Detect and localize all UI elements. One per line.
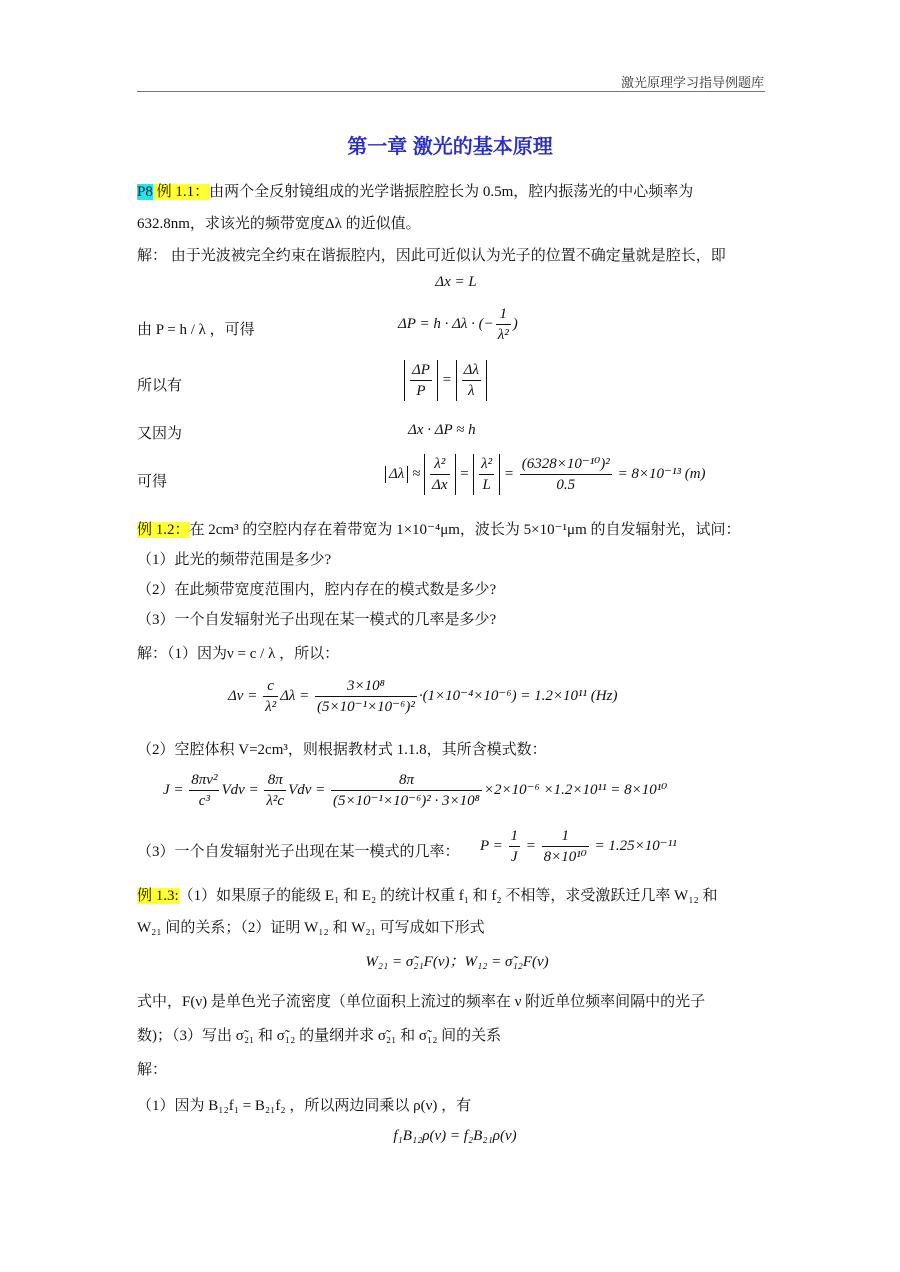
step-label: 由 P = h / λ ，可得 [137,318,255,339]
equation-modes: J = 8πν²c³Vdν = 8πλ²cVdν = 8π(5×10⁻¹×10⁻… [163,770,667,811]
equation-dlambda-result: Δλ ≈ λ²Δx = λ²L = (6328×10⁻¹⁰)²0.5 = 8×1… [385,454,706,495]
example-1-3-line3: 式中，F(ν) 是单色光子流密度（单位面积上流过的频率在 ν 附近单位频率间隔中… [137,990,705,1011]
example-1-3-line2: W₂₁ 间的关系；（2）证明 W₁₂ 和 W₂₁ 可写成如下形式 [137,916,485,937]
example-1-3-line4: 数)；（3）写出 σ̃₂₁ 和 σ̃₁₂ 的量纲并求 σ̃₂₁ 和 σ̃₁₂ 间… [137,1024,501,1045]
solution-1: （1）因为 B₁₂f₁ = B₂₁f₂ ，所以两边同乘以 ρ(ν) ，有 [137,1094,471,1115]
step-label: 可得 [137,470,167,491]
page-tag: P8 [137,184,153,200]
equation-uncertainty: Δx · ΔP ≈ h [408,422,476,439]
equation-probability: P = 1J = 18×10¹⁰ = 1.25×10⁻¹¹ [480,826,677,867]
example-tag: 例 1.1： [153,184,209,200]
example-1-3-line1: 例 1.3:（1）如果原子的能级 E₁ 和 E₂ 的统计权重 f₁ 和 f₂ 不… [137,884,718,905]
equation-dnu: Δν = cλ²Δλ = 3×10⁸(5×10⁻¹×10⁻⁶)²·(1×10⁻⁴… [228,676,617,717]
question-1: （1）此光的频带范围是多少? [137,548,331,569]
example-1-1-line2: 632.8nm，求该光的频带宽度Δλ 的近似值。 [137,212,421,233]
example-tag: 例 1.2： [137,522,190,538]
example-tag: 例 1.3: [137,888,179,904]
chapter-title: 第一章 激光的基本原理 [0,130,900,159]
solution-label: 解： [137,1058,167,1079]
equation-dp: ΔP = h · Δλ · (−1λ²) [398,304,518,345]
question-2: （2）在此频带宽度范围内，腔内存在的模式数是多少? [137,578,496,599]
solution-3-label: （3）一个自发辐射光子出现在某一模式的几率： [137,840,460,861]
question-3: （3）一个自发辐射光子出现在某一模式的几率是多少? [137,608,496,629]
example-1-2-statement: 例 1.2：在 2cm³ 的空腔内存在着带宽为 1×10⁻⁴μm，波长为 5×1… [137,518,741,539]
example-1-1-line1: P8 例 1.1：由两个全反射镜组成的光学谐振腔腔长为 0.5m，腔内振荡光的中… [137,180,693,201]
step-label: 所以有 [137,374,182,395]
equation-ratio: ΔPP = Δλλ [404,360,487,401]
step-label: 又因为 [137,422,182,443]
solution-1-label: 解：（1）因为ν = c / λ ，所以： [137,642,339,663]
running-header: 激光原理学习指导例题库 [621,72,764,91]
equation-dx: Δx = L [356,274,556,291]
equation-f-b-rho: f₁B₁₂ρ(ν) = f₂B₂₁ρ(ν) [330,1128,580,1145]
solution-intro: 解： 由于光波被完全约束在谐振腔内，因此可近似认为光子的位置不确定量就是腔长，即 [137,244,726,265]
header-divider [137,91,765,92]
solution-2-label: （2）空腔体积 V=2cm³，则根据教材式 1.1.8，其所含模式数： [137,738,547,759]
equation-w: W₂₁ = σ̃₂₁F(ν)；W₁₂ = σ̃₁₂F(ν) [312,950,602,971]
problem-text: 由两个全反射镜组成的光学谐振腔腔长为 0.5m，腔内振荡光的中心频率为 [209,184,693,200]
